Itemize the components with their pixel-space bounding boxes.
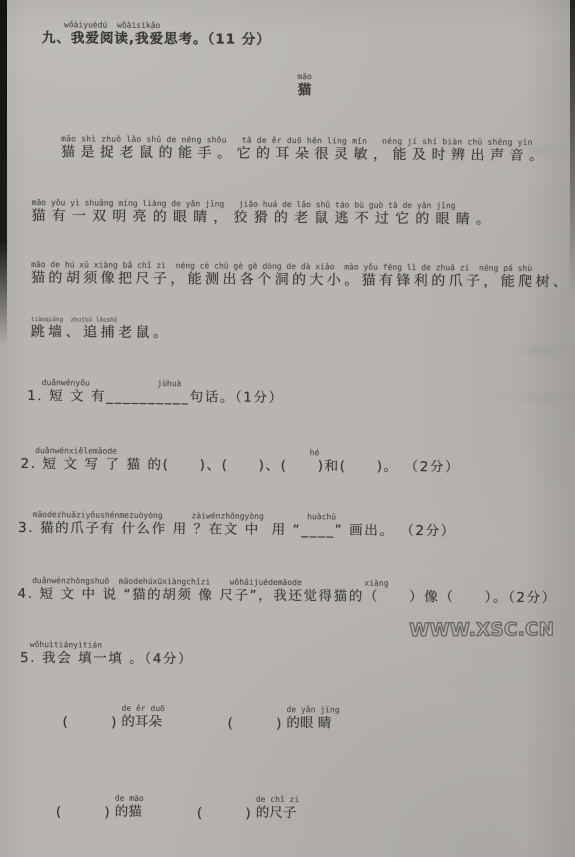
fill-item-cat-text: 的猫 (115, 804, 142, 821)
fill-item-eyes-blank: ( ) (227, 716, 282, 732)
fill-item-eyes-text: 的眼 睛 (286, 715, 331, 732)
fill-item-eyes: ( ) de yǎn jīng 的眼 睛 (227, 705, 339, 733)
section-heading: wǒàiyuèdú wǒàisīkǎo 九、我爱阅读,我爱思考。（11 分） (42, 20, 271, 49)
question-5: wǒhuìtiányìtián 5. 我会 填一填 。（4分） (20, 640, 193, 668)
fill-item-cat-word: de māo 的猫 (115, 794, 144, 821)
site-watermark: WWW.XSC.CN (409, 619, 554, 641)
passage-line-3-text: 猫的胡须像把尺子，能测出各个洞的大小。猫有锋利的爪子，能爬树、 (31, 270, 571, 291)
passage-title: māo 猫 (264, 72, 344, 100)
fill-item-ears-blank: ( ) (63, 714, 118, 730)
fill-item-ruler-word: de chǐ zi 的尺子 (256, 795, 300, 822)
fill-item-cat-pinyin: de māo (115, 794, 144, 804)
passage-line-3: māo de hú xū xiàng bǎ chǐ zi néng cè chū… (31, 260, 571, 291)
passage-line-1-text: 猫是捉老鼠的能手。它的耳朵很灵敏，能及时辨出声音。 (61, 144, 549, 165)
fill-item-ruler-pinyin: de chǐ zi (256, 795, 299, 805)
fill-item-ears-text: 的耳朵 (121, 714, 162, 731)
passage-line-4: tiàoqiáng zhuībǔ lǎoshǔ 跳墙、追捕老鼠。 (31, 316, 171, 342)
fill-item-eyes-word: de yǎn jīng 的眼 睛 (286, 705, 339, 732)
fill-item-ruler-blank: ( ) (197, 805, 252, 821)
question-3-text: 3. 猫的爪子有 什么作 用 ？在文 中 用 “____” 画出。 （2分） (18, 520, 456, 540)
passage-line-2: māo yǒu yì shuāng míng liàng de yǎn jīng… (31, 198, 496, 229)
fill-item-ears: ( ) de ěr duō 的耳朵 (63, 703, 165, 731)
passage-title-text: 猫 (264, 82, 344, 100)
section-heading-text: 九、我爱阅读,我爱思考。（11 分） (42, 30, 271, 49)
passage-line-4-text: 跳墙、追捕老鼠。 (31, 324, 171, 342)
fill-item-eyes-pinyin: de yǎn jīng (287, 705, 340, 715)
question-3: māodezhuǎziyǒushénmezuòyòng zàiwénzhōngy… (18, 510, 456, 540)
fill-item-cat: ( ) de māo 的猫 (56, 793, 144, 821)
passage-line-2-text: 猫有一双明亮的眼睛，狡猾的老鼠逃不过它的眼睛。 (31, 208, 496, 229)
scanned-exam-page: wǒàiyuèdú wǒàisīkǎo 九、我爱阅读,我爱思考。（11 分） m… (0, 0, 575, 857)
question-2-text: 2. 短 文 写 了 猫 的( )、( )、( )和( )。 （2分） (21, 456, 461, 476)
question-2: duǎnwénxiělemāode hé 2. 短 文 写 了 猫 的( )、(… (21, 446, 461, 476)
passage-line-1: māo shì zhuō lǎo shǔ de néng shǒu tā de … (61, 134, 549, 165)
question-4-text: 4. 短 文 中 说 “猫的胡须 像 尺子”，我还觉得猫的（ ）像（ ）。（2分… (17, 586, 556, 607)
question-4: duǎnwénzhōngshuō māodehúxūxiàngchǐzi wǒh… (17, 576, 556, 607)
fill-item-cat-blank: ( ) (56, 804, 111, 820)
fill-item-ears-pinyin: de ěr duō (122, 704, 165, 714)
question-5-text: 5. 我会 填一填 。（4分） (20, 650, 193, 668)
fill-item-ruler: ( ) de chǐ zi 的尺子 (197, 794, 299, 822)
question-1-text: 1. 短 文 有__________句话。（1分） (27, 388, 284, 407)
fill-item-ruler-text: 的尺子 (256, 805, 297, 822)
passage-title-pinyin: māo (265, 72, 345, 83)
question-1: duǎnwényǒu jùhuà 1. 短 文 有__________句话。（1… (27, 378, 284, 407)
fill-item-ears-word: de ěr duō 的耳朵 (121, 704, 165, 731)
exam-content: wǒàiyuèdú wǒàisīkǎo 九、我爱阅读,我爱思考。（11 分） m… (0, 0, 575, 857)
